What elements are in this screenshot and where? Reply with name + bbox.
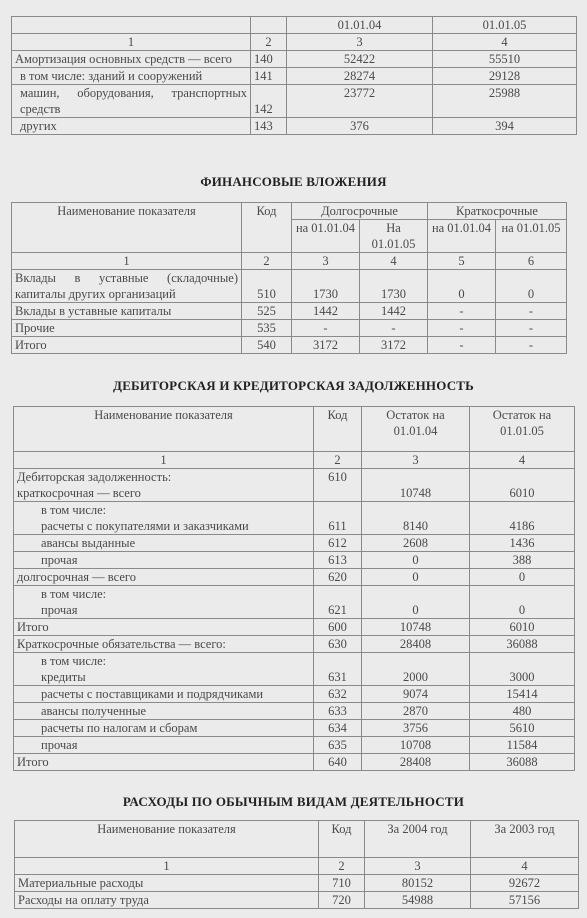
row-value: 394 xyxy=(433,118,577,135)
row-value: 5610 xyxy=(470,720,575,737)
table-row: в том числе: зданий и сооружений 141 282… xyxy=(12,68,577,85)
row-code: 143 xyxy=(251,118,287,135)
row-value: 4186 xyxy=(470,502,575,535)
row-name: в том числе:кредиты xyxy=(14,653,314,686)
row-label-line: Дебиторская задолженность: xyxy=(17,469,310,485)
header-cell: 01.01.04 xyxy=(287,17,433,34)
row-value: 80152 xyxy=(365,875,471,892)
col-number: 4 xyxy=(471,858,579,875)
row-label-line: расчеты с поставщиками и подрядчиками xyxy=(17,686,310,702)
row-code: 613 xyxy=(314,552,362,569)
financial-investments-table: Наименование показателя Код Долгосрочные… xyxy=(11,202,567,354)
header-balance-end: Остаток на 01.01.05 xyxy=(470,407,575,452)
row-value: 28408 xyxy=(362,754,470,771)
col-number: 4 xyxy=(360,253,428,270)
row-value: 0 xyxy=(470,569,575,586)
row-value: 2870 xyxy=(362,703,470,720)
row-value: 0 xyxy=(428,270,496,303)
row-code: 635 xyxy=(314,737,362,754)
row-label-line: авансы выданные xyxy=(17,535,310,551)
col-number: 2 xyxy=(319,858,365,875)
row-code: 610 xyxy=(314,469,362,502)
row-code: 633 xyxy=(314,703,362,720)
row-name: Амортизация основных средств — всего xyxy=(12,51,251,68)
table-row: в том числе:прочая62100 xyxy=(14,586,575,619)
table-row: Дебиторская задолженность:краткосрочная … xyxy=(14,469,575,502)
row-value: 54988 xyxy=(365,892,471,909)
row-value: - xyxy=(428,337,496,354)
row-value: 6010 xyxy=(470,469,575,502)
row-label-line: расчеты по налогам и сборам xyxy=(17,720,310,736)
table-header-row: 01.01.04 01.01.05 xyxy=(12,17,577,34)
row-value: 10708 xyxy=(362,737,470,754)
row-value: 0 xyxy=(470,586,575,619)
row-name: расчеты по налогам и сборам xyxy=(14,720,314,737)
section-title-receivables-payables: ДЕБИТОРСКАЯ И КРЕДИТОРСКАЯ ЗАДОЛЖЕННОСТЬ xyxy=(0,378,587,394)
table-row: Вклады в уставные капиталы 525 1442 1442… xyxy=(12,303,567,320)
row-code: 621 xyxy=(314,586,362,619)
col-number: 3 xyxy=(287,34,433,51)
header-2003: За 2003 год xyxy=(471,821,579,858)
row-name: Материальные расходы xyxy=(15,875,319,892)
col-number: 6 xyxy=(496,253,567,270)
col-number: 1 xyxy=(12,253,242,270)
row-code: 632 xyxy=(314,686,362,703)
row-name: в том числе:прочая xyxy=(14,586,314,619)
row-value: - xyxy=(496,337,567,354)
row-value: 3172 xyxy=(360,337,428,354)
row-name: прочая xyxy=(14,552,314,569)
row-value: 0 xyxy=(496,270,567,303)
col-number: 2 xyxy=(251,34,287,51)
row-name: Вклады в уставные капиталы xyxy=(12,303,242,320)
table-row: Итого600107486010 xyxy=(14,619,575,636)
row-label-line: долгосрочная — всего xyxy=(17,569,310,585)
row-label-line: Итого xyxy=(17,619,310,635)
col-number: 3 xyxy=(365,858,471,875)
header-cell xyxy=(251,17,287,34)
row-name: Вклады в уставные (складочные) капиталы … xyxy=(12,270,242,303)
row-value: 23772 xyxy=(287,85,433,118)
row-value: 1442 xyxy=(292,303,360,320)
amortization-table: 01.01.04 01.01.05 1 2 3 4 Амортизация ос… xyxy=(11,16,577,135)
row-name: авансы выданные xyxy=(14,535,314,552)
row-code: 600 xyxy=(314,619,362,636)
row-code: 611 xyxy=(314,502,362,535)
header-name: Наименование показателя xyxy=(12,203,242,253)
row-value: 0 xyxy=(362,586,470,619)
table-row: Прочие 535 - - - - xyxy=(12,320,567,337)
row-code: 535 xyxy=(242,320,292,337)
row-label-line: авансы полученные xyxy=(17,703,310,719)
table-row: Краткосрочные обязательства — всего:6302… xyxy=(14,636,575,653)
row-label-line: кредиты xyxy=(17,669,310,685)
row-value: 1442 xyxy=(360,303,428,320)
row-code: 630 xyxy=(314,636,362,653)
row-code: 612 xyxy=(314,535,362,552)
row-name: машин, оборудования, транспортных средст… xyxy=(12,85,251,118)
table-header-row: Наименование показателя Код За 2004 год … xyxy=(15,821,579,858)
row-name: Расходы на оплату труда xyxy=(15,892,319,909)
row-name: Итого xyxy=(14,619,314,636)
table-row: других 143 376 394 xyxy=(12,118,577,135)
row-value: 36088 xyxy=(470,754,575,771)
header-2004: За 2004 год xyxy=(365,821,471,858)
header-long-term: Долгосрочные xyxy=(292,203,428,220)
row-label-line: краткосрочная — всего xyxy=(17,485,310,501)
row-label-line: в том числе: xyxy=(17,502,310,518)
table-row: прочая6351070811584 xyxy=(14,737,575,754)
row-label-line: Краткосрочные обязательства — всего: xyxy=(17,636,310,652)
row-code: 540 xyxy=(242,337,292,354)
row-code: 142 xyxy=(251,85,287,118)
row-name: Краткосрочные обязательства — всего: xyxy=(14,636,314,653)
table-body: Дебиторская задолженность:краткосрочная … xyxy=(14,469,575,771)
table-row: прочая6130388 xyxy=(14,552,575,569)
col-number: 1 xyxy=(14,452,314,469)
row-name: в том числе: зданий и сооружений xyxy=(12,68,251,85)
row-code: 510 xyxy=(242,270,292,303)
col-number: 4 xyxy=(470,452,575,469)
row-name: Итого xyxy=(12,337,242,354)
row-value: 8140 xyxy=(362,502,470,535)
col-number: 1 xyxy=(15,858,319,875)
row-value: 29128 xyxy=(433,68,577,85)
row-value: 15414 xyxy=(470,686,575,703)
row-value: 10748 xyxy=(362,619,470,636)
row-code: 640 xyxy=(314,754,362,771)
row-value: 57156 xyxy=(471,892,579,909)
row-value: 52422 xyxy=(287,51,433,68)
subheader-date: на 01.01.05 xyxy=(496,220,567,253)
column-numbers-row: 1 2 3 4 xyxy=(14,452,575,469)
row-value: 2608 xyxy=(362,535,470,552)
header-name: Наименование показателя xyxy=(14,407,314,452)
row-code: 710 xyxy=(319,875,365,892)
row-code: 620 xyxy=(314,569,362,586)
row-name: долгосрочная — всего xyxy=(14,569,314,586)
row-value: 36088 xyxy=(470,636,575,653)
row-value: 480 xyxy=(470,703,575,720)
table-row: Итого 540 3172 3172 - - xyxy=(12,337,567,354)
row-name: прочая xyxy=(14,737,314,754)
row-value: 376 xyxy=(287,118,433,135)
row-value: 3756 xyxy=(362,720,470,737)
table-header-row: Наименование показателя Код Остаток на 0… xyxy=(14,407,575,452)
col-number: 2 xyxy=(314,452,362,469)
table-row: расчеты по налогам и сборам63437565610 xyxy=(14,720,575,737)
row-label-line: прочая xyxy=(17,552,310,568)
row-name: расчеты с поставщиками и подрядчиками xyxy=(14,686,314,703)
row-value: 3000 xyxy=(470,653,575,686)
ordinary-expenses-table: Наименование показателя Код За 2004 год … xyxy=(14,820,579,909)
row-value: - xyxy=(496,320,567,337)
col-number: 1 xyxy=(12,34,251,51)
row-label-line: в том числе: xyxy=(17,586,310,602)
section-title-ordinary-expenses: РАСХОДЫ ПО ОБЫЧНЫМ ВИДАМ ДЕЯТЕЛЬНОСТИ xyxy=(0,794,587,810)
row-code: 631 xyxy=(314,653,362,686)
row-value: 55510 xyxy=(433,51,577,68)
table-header-row: Наименование показателя Код Долгосрочные… xyxy=(12,203,567,220)
row-value: 0 xyxy=(362,552,470,569)
row-code: 634 xyxy=(314,720,362,737)
column-numbers-row: 1 2 3 4 5 6 xyxy=(12,253,567,270)
header-code: Код xyxy=(242,203,292,253)
table-row: в том числе:расчеты с покупателями и зак… xyxy=(14,502,575,535)
table-row: авансы полученные6332870480 xyxy=(14,703,575,720)
row-value: 9074 xyxy=(362,686,470,703)
row-value: 388 xyxy=(470,552,575,569)
header-code: Код xyxy=(314,407,362,452)
row-value: 25988 xyxy=(433,85,577,118)
row-value: - xyxy=(360,320,428,337)
col-number: 3 xyxy=(362,452,470,469)
table-row: расчеты с поставщиками и подрядчиками632… xyxy=(14,686,575,703)
row-label-line: расчеты с покупателями и заказчиками xyxy=(17,518,310,534)
row-code: 525 xyxy=(242,303,292,320)
row-value: - xyxy=(428,303,496,320)
row-value: 0 xyxy=(362,569,470,586)
table-row: Амортизация основных средств — всего 140… xyxy=(12,51,577,68)
row-code: 140 xyxy=(251,51,287,68)
section-title-financial-investments: ФИНАНСОВЫЕ ВЛОЖЕНИЯ xyxy=(0,174,587,190)
header-code: Код xyxy=(319,821,365,858)
row-value: 92672 xyxy=(471,875,579,892)
header-balance-start: Остаток на 01.01.04 xyxy=(362,407,470,452)
header-cell: 01.01.05 xyxy=(433,17,577,34)
row-value: - xyxy=(496,303,567,320)
row-value: 6010 xyxy=(470,619,575,636)
subheader-date: на 01.01.04 xyxy=(428,220,496,253)
row-label-line: Итого xyxy=(17,754,310,770)
row-name: авансы полученные xyxy=(14,703,314,720)
col-number: 5 xyxy=(428,253,496,270)
row-name: Итого xyxy=(14,754,314,771)
row-label-line: прочая xyxy=(17,737,310,753)
row-label-line: прочая xyxy=(17,602,310,618)
row-value: 3172 xyxy=(292,337,360,354)
row-value: 1730 xyxy=(360,270,428,303)
table-row: Расходы на оплату труда 720 54988 57156 xyxy=(15,892,579,909)
row-value: - xyxy=(428,320,496,337)
header-cell xyxy=(12,17,251,34)
table-row: в том числе:кредиты63120003000 xyxy=(14,653,575,686)
row-value: 28274 xyxy=(287,68,433,85)
col-number: 3 xyxy=(292,253,360,270)
col-number: 4 xyxy=(433,34,577,51)
row-value: 1436 xyxy=(470,535,575,552)
column-numbers-row: 1 2 3 4 xyxy=(15,858,579,875)
subheader-date: На 01.01.05 xyxy=(360,220,428,253)
row-name: других xyxy=(12,118,251,135)
row-value: 1730 xyxy=(292,270,360,303)
column-numbers-row: 1 2 3 4 xyxy=(12,34,577,51)
row-code: 141 xyxy=(251,68,287,85)
row-value: 11584 xyxy=(470,737,575,754)
table-row: долгосрочная — всего62000 xyxy=(14,569,575,586)
row-label-line: в том числе: xyxy=(17,653,310,669)
row-value: 2000 xyxy=(362,653,470,686)
table-row: Материальные расходы 710 80152 92672 xyxy=(15,875,579,892)
receivables-payables-table: Наименование показателя Код Остаток на 0… xyxy=(13,406,575,771)
table-row: Итого6402840836088 xyxy=(14,754,575,771)
table-row: машин, оборудования, транспортных средст… xyxy=(12,85,577,118)
row-name: Прочие xyxy=(12,320,242,337)
table-row: Вклады в уставные (складочные) капиталы … xyxy=(12,270,567,303)
row-code: 720 xyxy=(319,892,365,909)
header-short-term: Краткосрочные xyxy=(428,203,567,220)
subheader-date: на 01.01.04 xyxy=(292,220,360,253)
row-name: Дебиторская задолженность:краткосрочная … xyxy=(14,469,314,502)
table-row: авансы выданные61226081436 xyxy=(14,535,575,552)
row-value: 10748 xyxy=(362,469,470,502)
row-name: в том числе:расчеты с покупателями и зак… xyxy=(14,502,314,535)
header-name: Наименование показателя xyxy=(15,821,319,858)
col-number: 2 xyxy=(242,253,292,270)
row-value: 28408 xyxy=(362,636,470,653)
row-value: - xyxy=(292,320,360,337)
